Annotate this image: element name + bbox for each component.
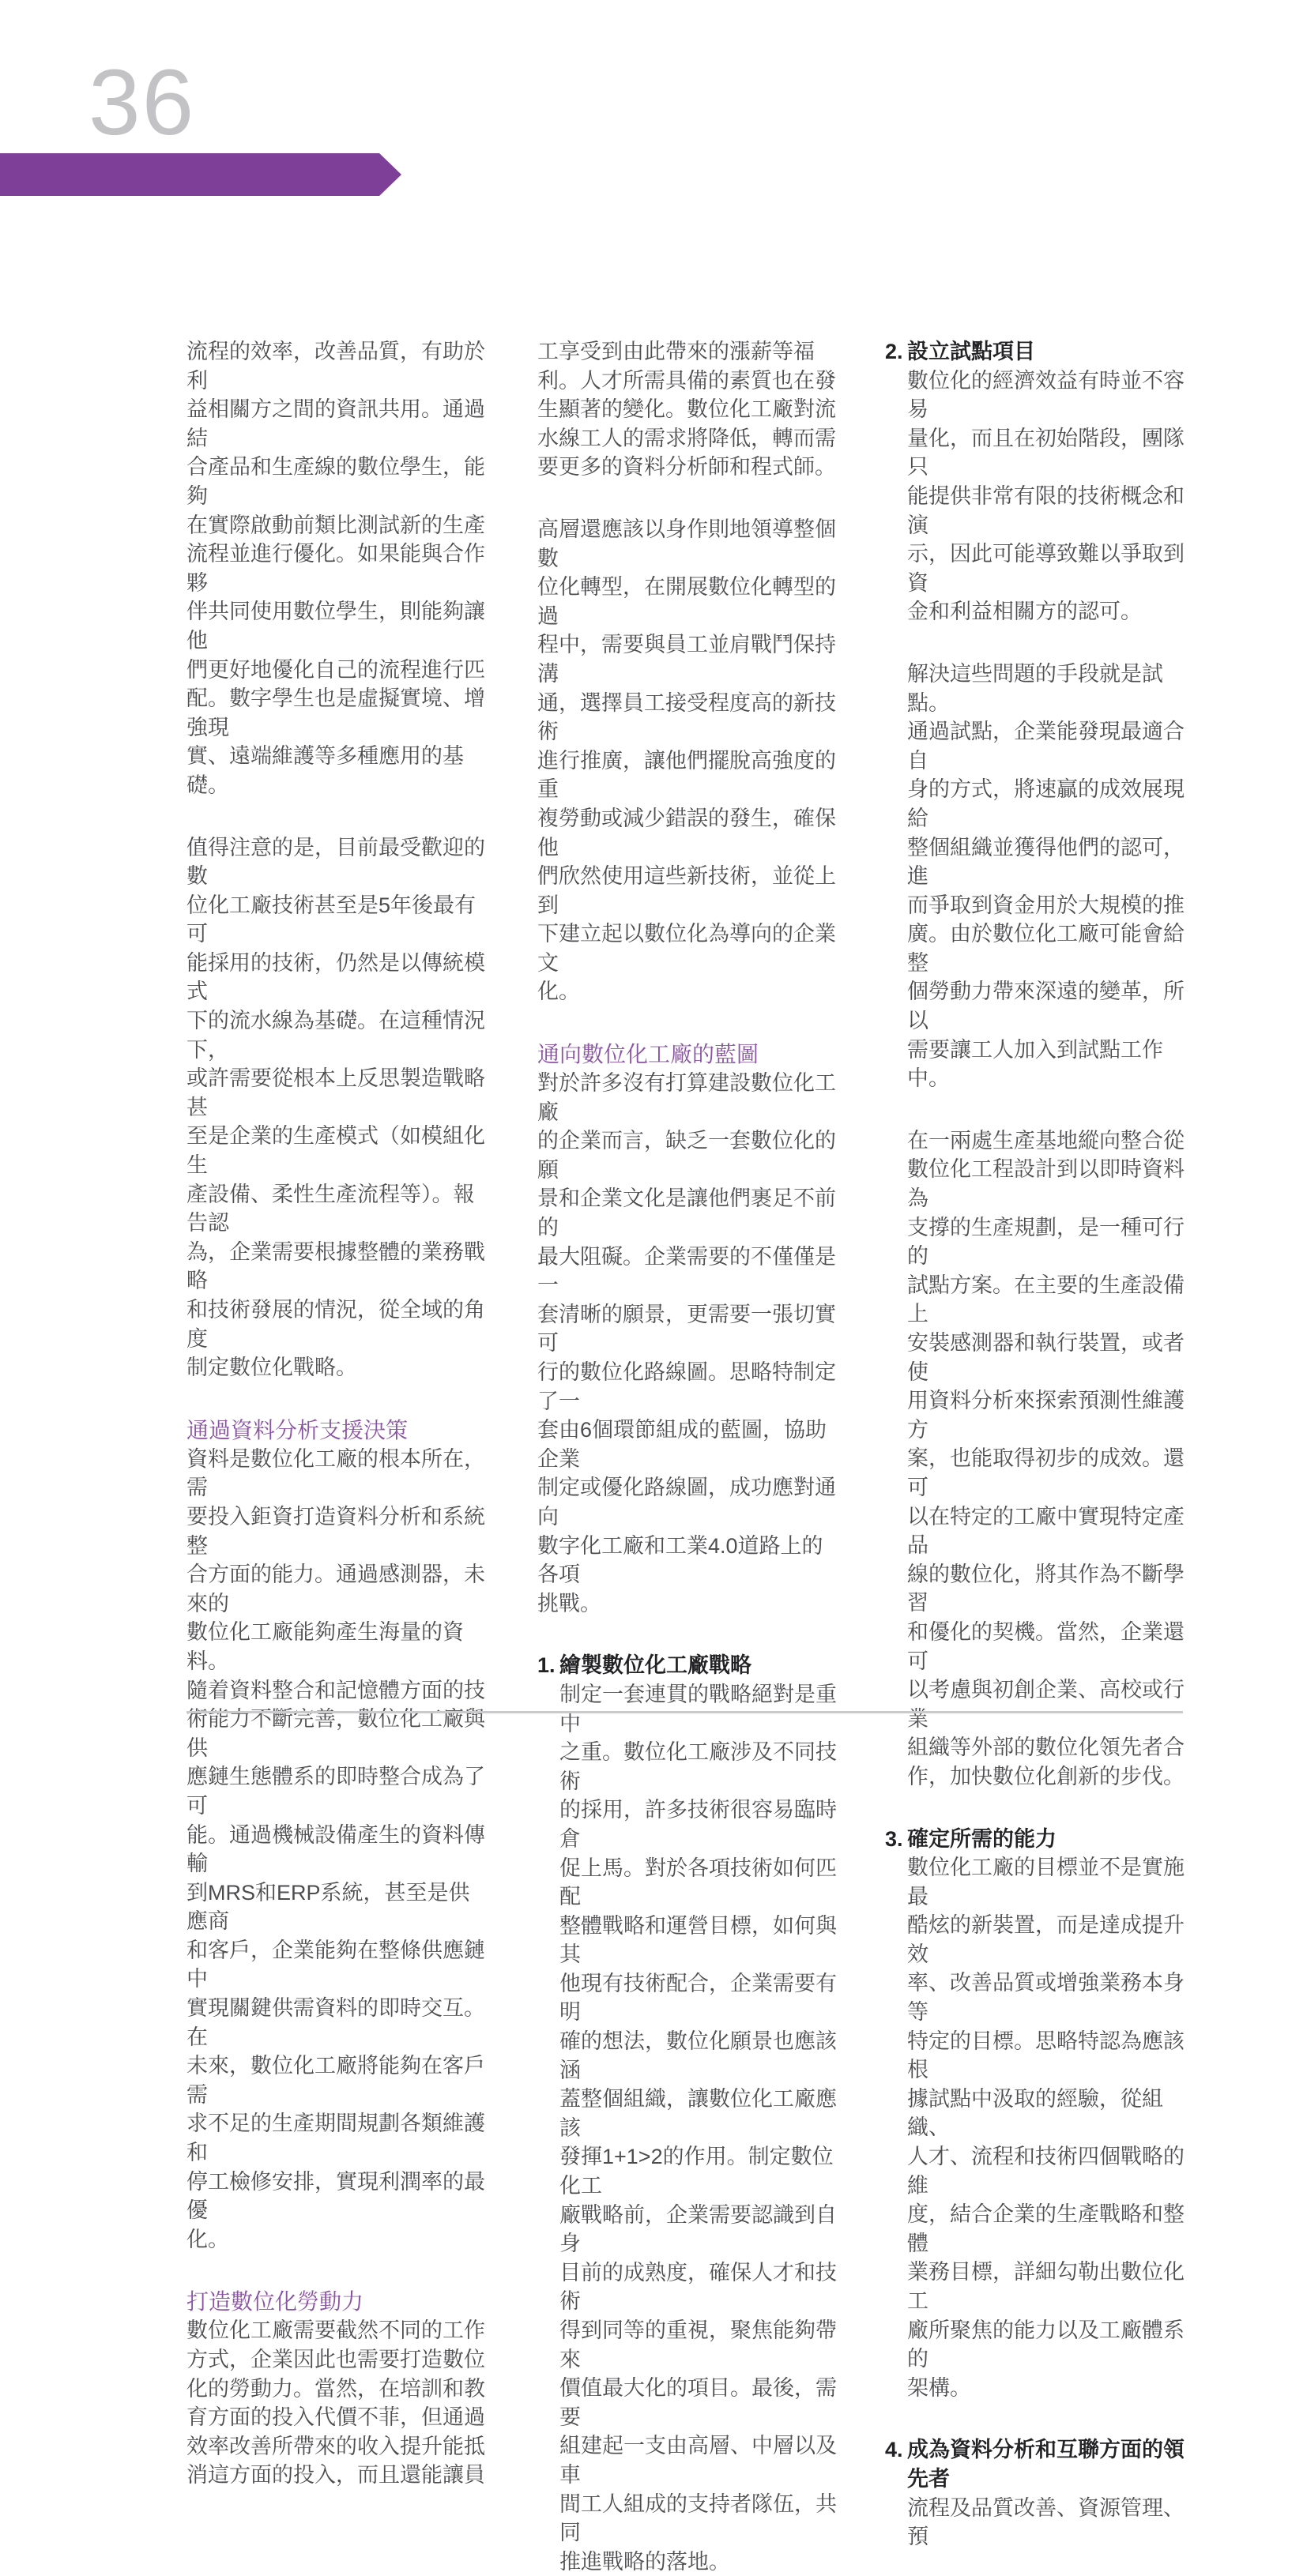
- item-body: 繪製數位化工廠戰略制定一套連貫的戰略絕對是重中 之重。數位化工廠涉及不同技術 的…: [537, 1651, 842, 2576]
- item-text: 流程及品質改善、資源管理、預: [907, 2494, 1189, 2552]
- item-body: 設立試點項目數位化的經濟效益有時並不容易 量化，而且在初始階段，團隊只 能提供非…: [885, 337, 1189, 626]
- section-heading: 打造數位化勞動力: [186, 2287, 491, 2316]
- item-text: 制定一套連貫的戰略絕對是重中 之重。數位化工廠涉及不同技術 的採用，許多技術很容…: [559, 1680, 842, 2576]
- section-banner: [0, 153, 401, 196]
- item-title: 設立試點項目: [907, 337, 1189, 367]
- text-column-2: 工享受到由此帶來的漲薪等福 利。人才所需具備的素質也在發 生顯著的變化。數位化工…: [537, 337, 842, 2576]
- section-banner-title: 工業4.0 Industry 4.0: [156, 0, 382, 43]
- text-column-3: 2.設立試點項目數位化的經濟效益有時並不容易 量化，而且在初始階段，團隊只 能提…: [885, 337, 1189, 2552]
- section-heading: 通向數位化工廠的藍圖: [537, 1040, 842, 1069]
- footer-rule: [186, 1711, 1183, 1713]
- item-text: 數位化工廠的目標並不是實施最 酷炫的新裝置，而是達成提升效 率、改善品質或增強業…: [907, 1853, 1189, 2402]
- paragraph: 在一兩處生產基地縱向整合從 數位化工程設計到以即時資料為 支撐的生產規劃，是一種…: [885, 1126, 1189, 1792]
- section-heading: 通過資料分析支援決策: [186, 1416, 491, 1445]
- paragraph: 流程的效率，改善品質，有助於利 益相關方之間的資訊共用。通過結 合產品和生產線的…: [186, 337, 491, 800]
- item-number: 2.: [885, 337, 903, 367]
- paragraph: 解決這些問題的手段就是試點。 通過試點，企業能發現最適合自 身的方式，將速贏的成…: [885, 660, 1189, 1093]
- item-body: 成為資料分析和互聯方面的領 先者流程及品質改善、資源管理、預: [885, 2435, 1189, 2551]
- item-body: 確定所需的能力數位化工廠的目標並不是實施最 酷炫的新裝置，而是達成提升效 率、改…: [885, 1825, 1189, 2403]
- item-text: 數位化的經濟效益有時並不容易 量化，而且在初始階段，團隊只 能提供非常有限的技術…: [907, 367, 1189, 626]
- item-number: 4.: [885, 2435, 903, 2465]
- item-title: 繪製數位化工廠戰略: [559, 1651, 842, 1680]
- item-title: 成為資料分析和互聯方面的領 先者: [907, 2435, 1189, 2493]
- item-number: 1.: [537, 1651, 556, 1680]
- paragraph: 工享受到由此帶來的漲薪等福 利。人才所需具備的素質也在發 生顯著的變化。數位化工…: [537, 337, 842, 482]
- paragraph: 數位化工廠需要截然不同的工作 方式，企業因此也需要打造數位 化的勞動力。當然，在…: [186, 2316, 491, 2490]
- text-column-1: 流程的效率，改善品質，有助於利 益相關方之間的資訊共用。通過結 合產品和生產線的…: [186, 337, 491, 2490]
- paragraph: 值得注意的是，目前最受歡迎的數 位化工廠技術甚至是5年後最有可 能採用的技術，仍…: [186, 833, 491, 1382]
- item-number: 3.: [885, 1825, 903, 1854]
- page-number: 36: [89, 62, 195, 144]
- numbered-item: 1.繪製數位化工廠戰略制定一套連貫的戰略絕對是重中 之重。數位化工廠涉及不同技術…: [537, 1651, 842, 2576]
- numbered-item: 3.確定所需的能力數位化工廠的目標並不是實施最 酷炫的新裝置，而是達成提升效 率…: [885, 1825, 1189, 2403]
- paragraph: 高層還應該以身作則地領導整個數 位化轉型，在開展數位化轉型的過 程中，需要與員工…: [537, 515, 842, 1006]
- item-title: 確定所需的能力: [907, 1825, 1189, 1854]
- numbered-item: 2.設立試點項目數位化的經濟效益有時並不容易 量化，而且在初始階段，團隊只 能提…: [885, 337, 1189, 626]
- paragraph: 對於許多沒有打算建設數位化工廠 的企業而言，缺乏一套數位化的願 景和企業文化是讓…: [537, 1069, 842, 1618]
- paragraph: 資料是數位化工廠的根本所在，需 要投入鉅資打造資料分析和系統整 合方面的能力。通…: [186, 1445, 491, 2254]
- numbered-item: 4.成為資料分析和互聯方面的領 先者流程及品質改善、資源管理、預: [885, 2435, 1189, 2551]
